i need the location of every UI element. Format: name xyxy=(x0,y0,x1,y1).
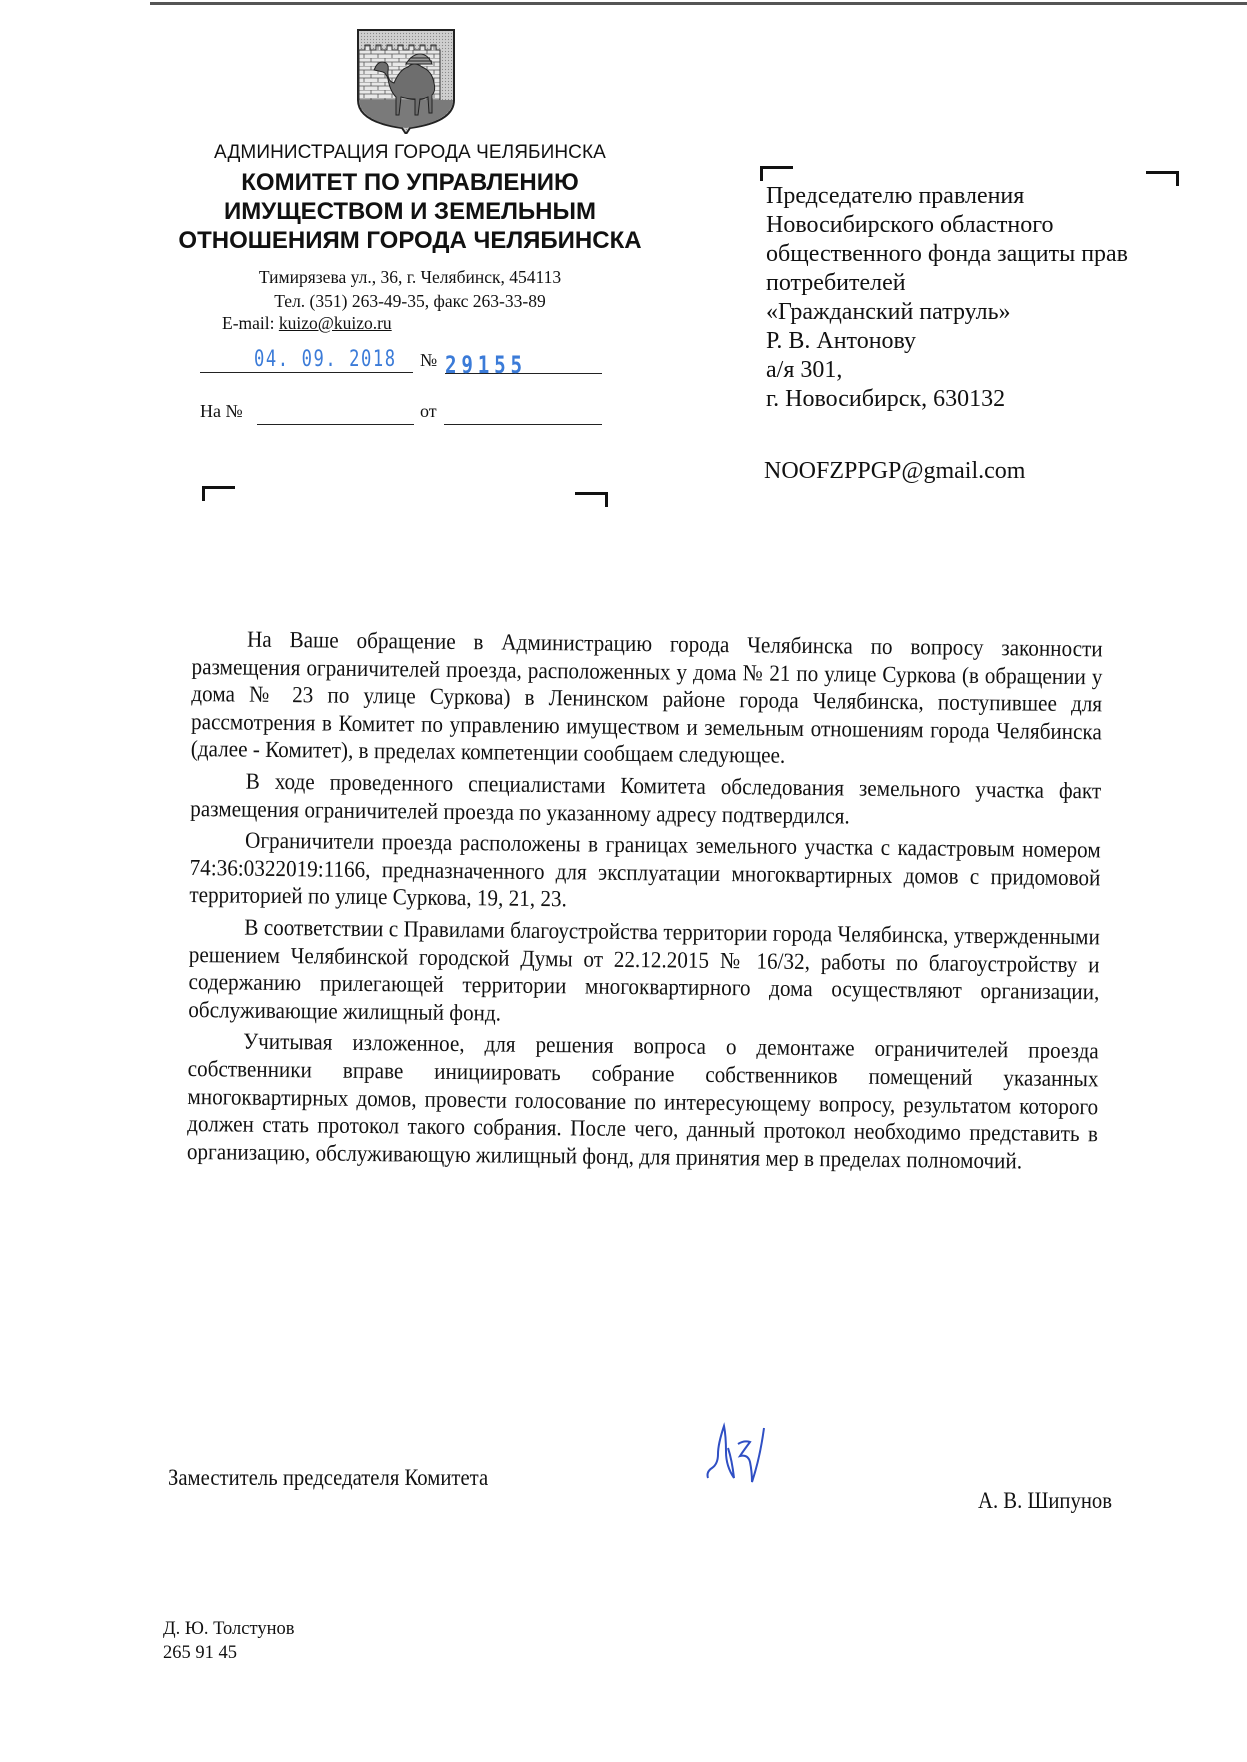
number-label: № xyxy=(420,350,437,371)
recipient-email[interactable]: NOOFZPPGP@gmail.com xyxy=(764,458,1025,485)
sender-email: E-mail: kuizo@kuizo.ru xyxy=(222,313,392,334)
reply-date-field xyxy=(444,424,602,425)
reply-number-field xyxy=(257,424,414,425)
handwritten-signature-icon xyxy=(700,1418,810,1498)
recipient-line: общественного фонда защиты прав xyxy=(766,240,1128,269)
executor-block: Д. Ю. Толстунов 265 91 45 xyxy=(163,1617,294,1665)
recipient-line: а/я 301, xyxy=(766,356,1128,385)
email-link[interactable]: kuizo@kuizo.ru xyxy=(279,313,392,333)
reply-from-label: от xyxy=(420,401,437,422)
recipient-corner-top-left xyxy=(760,166,793,181)
email-label: E-mail: xyxy=(222,313,279,333)
date-stamp: 04. 09. 2018 xyxy=(254,347,397,372)
number-stamp: 29155 xyxy=(445,351,527,379)
scan-edge-line xyxy=(150,2,1247,5)
recipient-line: г. Новосибирск, 630132 xyxy=(766,385,1128,414)
corner-mark-top-left xyxy=(202,486,235,501)
recipient-line: Р. В. Антонову xyxy=(766,327,1128,356)
committee-name: КОМИТЕТ ПО УПРАВЛЕНИЮ ИМУЩЕСТВОМ И ЗЕМЕЛ… xyxy=(160,168,660,255)
body-paragraph: В соответствии с Правилами благоустройст… xyxy=(188,913,1100,1034)
recipient-line: Председателю правления xyxy=(766,182,1128,211)
body-paragraph: Ограничители проезда расположены в грани… xyxy=(189,826,1101,919)
recipient-line: Новосибирского областного xyxy=(766,211,1128,240)
body-paragraph: На Ваше обращение в Администрацию города… xyxy=(191,625,1103,773)
recipient-line: «Гражданский патруль» xyxy=(766,298,1128,327)
recipient-block: Председателю правления Новосибирского об… xyxy=(766,182,1128,414)
date-underline xyxy=(200,372,413,373)
reply-to-label: На № xyxy=(200,401,243,422)
coat-of-arms-icon xyxy=(354,26,458,134)
committee-line: ИМУЩЕСТВОМ И ЗЕМЕЛЬНЫМ xyxy=(160,197,660,226)
committee-line: КОМИТЕТ ПО УПРАВЛЕНИЮ xyxy=(160,168,660,197)
executor-phone: 265 91 45 xyxy=(163,1641,294,1665)
body-paragraph: В ходе проведенного специалистами Комите… xyxy=(190,767,1101,833)
body-paragraph: Учитывая изложенное, для решения вопроса… xyxy=(187,1027,1099,1175)
signatory-title: Заместитель председателя Комитета xyxy=(168,1465,488,1491)
committee-line: ОТНОШЕНИЯМ ГОРОДА ЧЕЛЯБИНСКА xyxy=(160,226,660,255)
recipient-line: потребителей xyxy=(766,269,1128,298)
corner-mark-top-right xyxy=(575,492,608,507)
executor-name: Д. Ю. Толстунов xyxy=(163,1617,294,1641)
letter-body: На Ваше обращение в Администрацию города… xyxy=(187,625,1103,1176)
signatory-name: А. В. Шипунов xyxy=(978,1488,1112,1514)
sender-address: Тимирязева ул., 36, г. Челябинск, 454113 xyxy=(200,265,620,289)
sender-phone: Тел. (351) 263-49-35, факс 263-33-89 xyxy=(200,289,620,313)
recipient-corner-top-right xyxy=(1146,171,1179,186)
administration-name: АДМИНИСТРАЦИЯ ГОРОДА ЧЕЛЯБИНСКА xyxy=(160,142,660,164)
